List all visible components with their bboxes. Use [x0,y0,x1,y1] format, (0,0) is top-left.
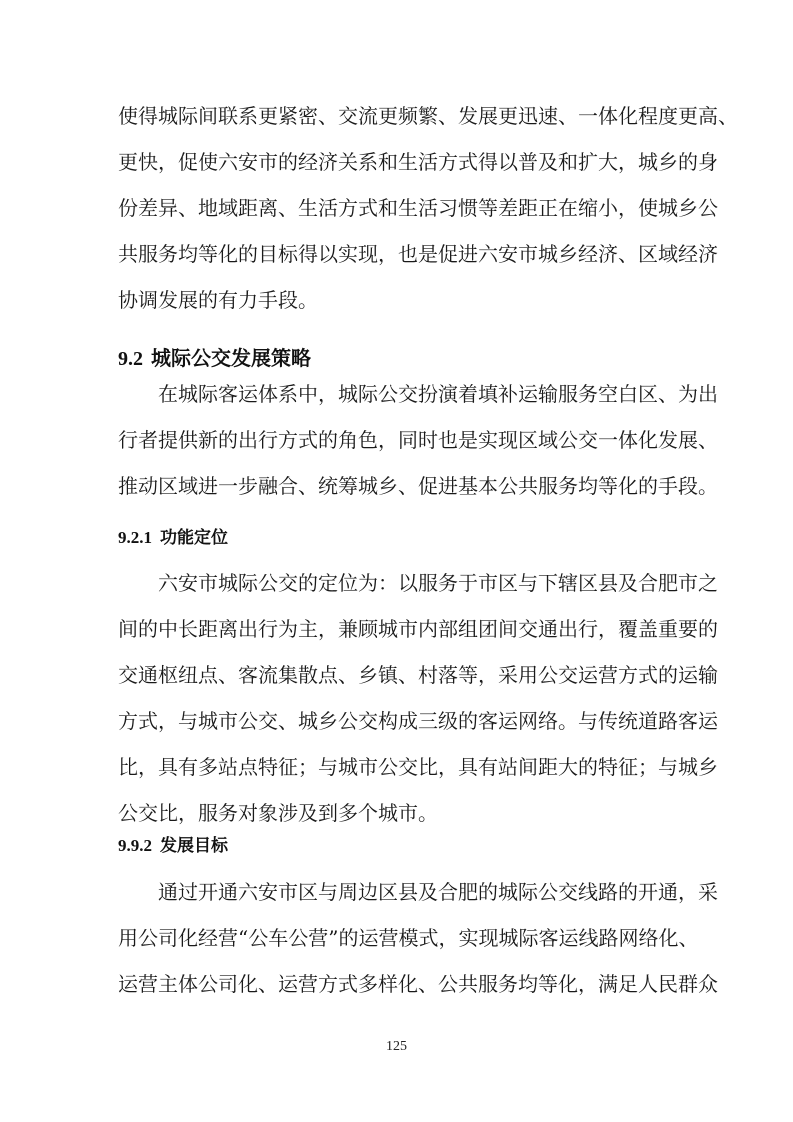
paragraph-line: 行者提供新的出行方式的角色，同时也是实现区域公交一体化发展、 [118,427,680,453]
paragraph-line: 使得城际间联系更紧密、交流更频繁、发展更迅速、一体化程度更高、 [118,103,680,129]
section-title: 发展目标 [160,836,228,856]
paragraph-line: 通过开通六安市区与周边区县及合肥的城际公交线路的开通，采 [158,879,680,905]
paragraph-line: 运营主体公司化、运营方式多样化、公共服务均等化，满足人民群众 [118,971,680,997]
page-number: 125 [0,1039,793,1055]
section-heading-9-2-1: 9.2.1功能定位 [118,523,228,548]
paragraph-line: 更快，促使六安市的经济关系和生活方式得以普及和扩大，城乡的身 [118,149,680,175]
paragraph-line: 公交比，服务对象涉及到多个城市。 [118,800,680,826]
paragraph-line: 共服务均等化的目标得以实现，也是促进六安市城乡经济、区域经济 [118,241,680,267]
section-heading-9-9-2: 9.9.2发展目标 [118,831,228,856]
paragraph-line: 间的中长距离出行为主，兼顾城市内部组团间交通出行，覆盖重要的 [118,616,680,642]
paragraph-line: 六安市城际公交的定位为：以服务于市区与下辖区县及合肥市之 [158,570,680,596]
section-number: 9.9.2 [118,836,152,855]
section-title: 功能定位 [160,528,228,548]
document-page: 使得城际间联系更紧密、交流更频繁、发展更迅速、一体化程度更高、 更快，促使六安市… [0,0,793,1122]
section-number: 9.2 [118,348,143,370]
paragraph-line: 推动区域进一步融合、统筹城乡、促进基本公共服务均等化的手段。 [118,473,680,499]
section-number: 9.2.1 [118,528,152,547]
section-heading-9-2: 9.2城际公交发展策略 [118,342,311,371]
paragraph-line: 协调发展的有力手段。 [118,287,680,313]
section-title: 城际公交发展策略 [151,346,311,370]
paragraph-line: 比，具有多站点特征；与城市公交比，具有站间距大的特征；与城乡 [118,754,680,780]
paragraph-line: 方式，与城市公交、城乡公交构成三级的客运网络。与传统道路客运 [118,708,680,734]
paragraph-line: 在城际客运体系中，城际公交扮演着填补运输服务空白区、为出 [158,381,680,407]
paragraph-line: 份差异、地域距离、生活方式和生活习惯等差距正在缩小，使城乡公 [118,195,680,221]
paragraph-line: 交通枢纽点、客流集散点、乡镇、村落等，采用公交运营方式的运输 [118,662,680,688]
paragraph-line: 用公司化经营“公车公营”的运营模式，实现城际客运线路网络化、 [118,925,680,951]
